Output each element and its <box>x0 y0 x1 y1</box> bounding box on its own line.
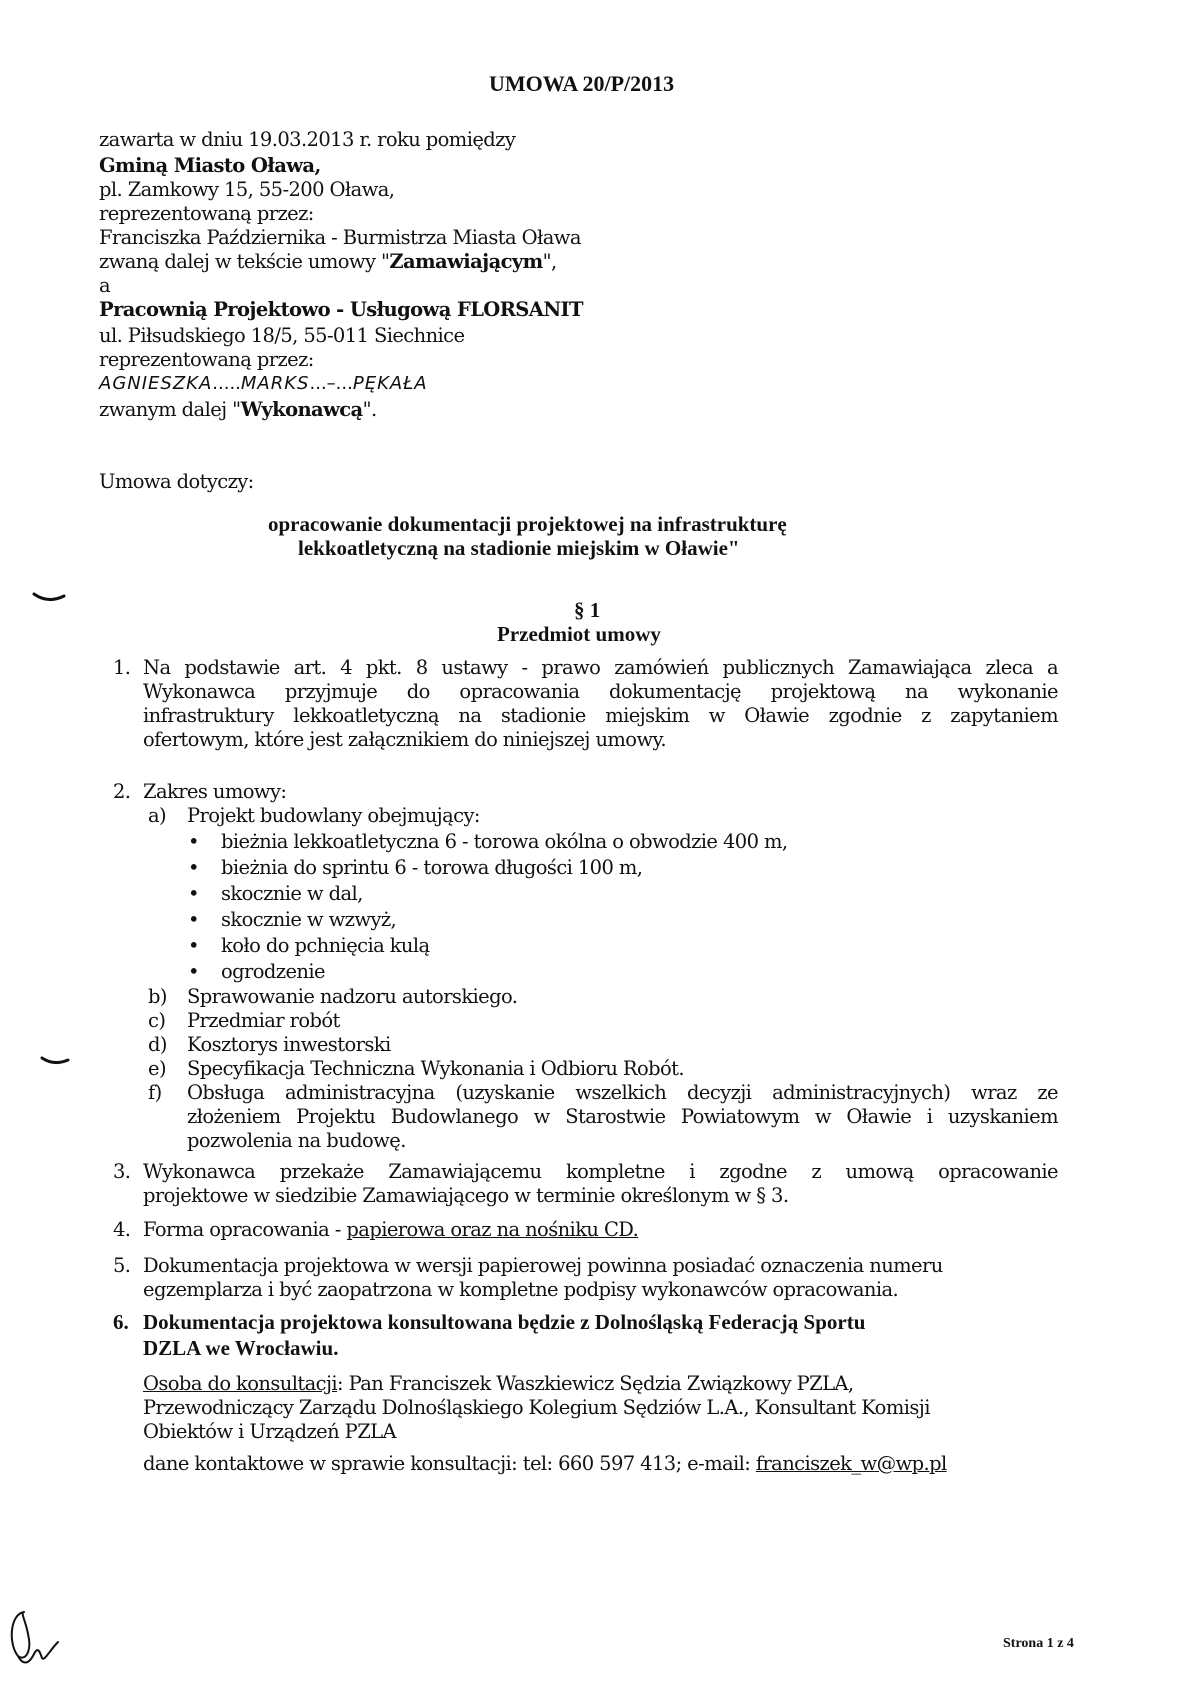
item-2a-text: Projekt budowlany obejmujący: <box>187 804 480 828</box>
item-4-label: Forma opracowania - <box>143 1218 346 1241</box>
party2-alias-line: zwanym dalej "Wykonawcą". <box>99 398 377 422</box>
item-1-line: Wykonawca przyjmuje do opracowania dokum… <box>143 680 1058 704</box>
item-2-label: Zakres umowy: <box>143 780 286 804</box>
subject-line-1: opracowanie dokumentacji projektowej na … <box>268 512 787 536</box>
item-2e-text: Specyfikacja Techniczna Wykonania i Odbi… <box>187 1057 684 1081</box>
party2-address: ul. Piłsudskiego 18/5, 55-011 Siechnice <box>99 324 464 348</box>
handwritten-first-name: AGNIESZKA <box>99 373 212 394</box>
item-5-number: 5. <box>113 1254 130 1278</box>
item-5-line: egzemplarza i być zaopatrzona w kompletn… <box>143 1278 898 1302</box>
contact-email-link[interactable]: franciszek_w@wp.pl <box>756 1452 947 1475</box>
subject-line-2: lekkoatletyczną na stadionie miejskim w … <box>298 536 740 560</box>
contact-line: dane kontaktowe w sprawie konsultacji: t… <box>143 1452 947 1476</box>
alias-prefix: zwanym dalej " <box>99 398 241 421</box>
dotted-fill: ...–... <box>310 373 353 394</box>
alias-suffix: ". <box>363 398 377 421</box>
party1-address: pl. Zamkowy 15, 55-200 Oława, <box>99 178 394 202</box>
conjunction: a <box>99 274 110 298</box>
bullet-icon: • <box>188 908 199 932</box>
alias-prefix: zwaną dalej w tekście umowy " <box>99 250 389 273</box>
item-2f-line: złożeniem Projektu Budowlanego w Starost… <box>187 1105 1058 1129</box>
section-number: § 1 <box>574 598 600 622</box>
consultant-name: : Pan Franciszek Waszkiewicz Sędzia Zwią… <box>337 1372 853 1395</box>
item-2e-letter: e) <box>148 1057 166 1081</box>
item-2b-letter: b) <box>148 985 167 1009</box>
item-2c-text: Przedmiar robót <box>187 1009 340 1033</box>
contact-details: dane kontaktowe w sprawie konsultacji: t… <box>143 1452 756 1475</box>
item-4-form-value: papierowa oraz na nośniku CD. <box>346 1218 638 1241</box>
consultant-line-1: Osoba do konsultacji: Pan Franciszek Was… <box>143 1372 854 1396</box>
handwritten-surname-2: PĘKAŁA <box>353 373 428 394</box>
bullet-icon: • <box>188 934 199 958</box>
item-2b-text: Sprawowanie nadzoru autorskiego. <box>187 985 517 1009</box>
page-number: Strona 1 z 4 <box>1003 1632 1074 1656</box>
section-heading: Przedmiot umowy <box>497 622 661 646</box>
party2-representative-handwritten: AGNIESZKA.....MARKS...–...PĘKAŁA <box>99 372 428 396</box>
scope-bullet: ogrodzenie <box>221 960 325 984</box>
party1-representative: Franciszka Października - Burmistrza Mia… <box>99 226 581 250</box>
scope-bullet: bieżnia do sprintu 6 - torowa długości 1… <box>221 856 642 880</box>
consultant-line-3: Obiektów i Urządzeń PZLA <box>143 1420 396 1444</box>
item-2a-letter: a) <box>148 804 166 828</box>
item-1-number: 1. <box>113 656 130 680</box>
document-title: UMOWA 20/P/2013 <box>489 72 674 96</box>
party1-rep-label: reprezentowaną przez: <box>99 202 314 226</box>
scope-bullet: koło do pchnięcia kulą <box>221 934 430 958</box>
handwritten-surname-1: MARKS <box>241 373 310 394</box>
item-1-line: Na podstawie art. 4 pkt. 8 ustawy - praw… <box>143 656 1058 680</box>
preamble-intro: zawarta w dniu 19.03.2013 r. roku pomięd… <box>99 128 515 152</box>
item-2d-letter: d) <box>148 1033 167 1057</box>
item-2d-text: Kosztorys inwestorski <box>187 1033 391 1057</box>
party1-alias-line: zwaną dalej w tekście umowy "Zamawiający… <box>99 250 557 274</box>
hole-punch-mark-icon <box>38 1054 78 1074</box>
bullet-icon: • <box>188 856 199 880</box>
bullet-icon: • <box>188 882 199 906</box>
alias-suffix: ", <box>543 250 557 273</box>
bullet-icon: • <box>188 830 199 854</box>
item-2c-letter: c) <box>148 1009 165 1033</box>
item-6-line: DZLA we Wrocławiu. <box>143 1336 338 1360</box>
dotted-fill: ..... <box>212 373 241 394</box>
item-1-line: ofertowym, które jest załącznikiem do ni… <box>143 728 666 752</box>
item-4-text: Forma opracowania - papierowa oraz na no… <box>143 1218 638 1242</box>
item-3-number: 3. <box>113 1160 130 1184</box>
consultant-label: Osoba do konsultacji <box>143 1372 337 1395</box>
item-1-line: infrastruktury lekkoatletyczną na stadio… <box>143 704 1058 728</box>
party2-alias: Wykonawcą <box>241 398 363 421</box>
party2-rep-label: reprezentowaną przez: <box>99 348 314 372</box>
item-4-number: 4. <box>113 1218 130 1242</box>
item-3-line: Wykonawca przekaże Zamawiającemu komplet… <box>143 1160 1058 1184</box>
scope-bullet: skocznie w wzwyż, <box>221 908 396 932</box>
item-6-number: 6. <box>113 1310 129 1334</box>
item-2f-line: pozwolenia na budowę. <box>187 1129 406 1153</box>
item-6-line: Dokumentacja projektowa konsultowana będ… <box>143 1310 865 1334</box>
item-2-number: 2. <box>113 780 130 804</box>
item-2f-line: Obsługa administracyjna (uzyskanie wszel… <box>187 1081 1058 1105</box>
item-3-line: projektowe w siedzibie Zamawiającego w t… <box>143 1184 788 1208</box>
party1-alias: Zamawiającym <box>389 250 542 273</box>
party2-name: Pracownią Projektowo - Usługową FLORSANI… <box>99 298 583 322</box>
subject-label: Umowa dotyczy: <box>99 470 254 494</box>
consultant-line-2: Przewodniczący Zarządu Dolnośląskiego Ko… <box>143 1396 930 1420</box>
scope-bullet: bieżnia lekkoatletyczna 6 - torowa okóln… <box>221 830 787 854</box>
initials-signature-icon <box>6 1604 86 1674</box>
scope-bullet: skocznie w dal, <box>221 882 363 906</box>
hole-punch-mark-icon <box>30 590 70 610</box>
item-5-line: Dokumentacja projektowa w wersji papiero… <box>143 1254 943 1278</box>
bullet-icon: • <box>188 960 199 984</box>
item-2f-letter: f) <box>148 1081 162 1105</box>
party1-name: Gminą Miasto Oława, <box>99 154 321 178</box>
